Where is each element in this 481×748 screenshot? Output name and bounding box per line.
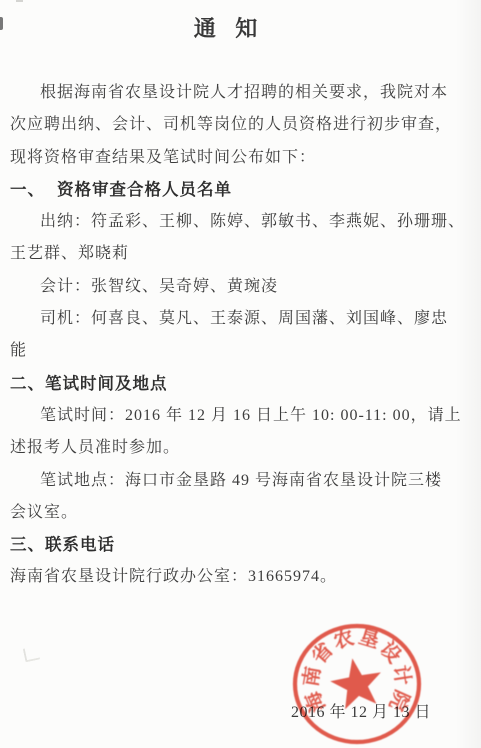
contact-phone-line: 海南省农垦设计院行政办公室：31665974。: [10, 561, 467, 593]
scan-artifact: [16, 0, 23, 2]
accountant-name-list: 会计：张智纹、吴奇婷、黄琬凌: [10, 271, 467, 303]
exam-place-line: 笔试地点：海口市金垦路 49 号海南省农垦设计院三楼: [10, 465, 467, 497]
cashier-name-list: 出纳：符孟彩、王柳、陈婷、郭敏书、李燕妮、孙珊珊、: [10, 206, 467, 238]
exam-time-line: 述报考人员准时参加。: [10, 432, 467, 464]
exam-place-line: 会议室。: [10, 497, 467, 529]
section-1-number: 一、: [10, 180, 45, 199]
section-3-number: 三、: [10, 535, 45, 554]
section-2-heading: 二、笔试时间及地点: [10, 368, 467, 400]
notice-document-page: 通 知 根据海南省农垦设计院人才招聘的相关要求，我院对本 次应聘出纳、会计、司机…: [0, 0, 481, 748]
section-1-heading-text: 资格审查合格人员名单: [57, 180, 232, 199]
intro-line: 现将资格审查结果及笔试时间公布如下：: [10, 142, 467, 174]
section-3-heading: 三、联系电话: [10, 529, 467, 561]
exam-time-line: 笔试时间：2016 年 12 月 16 日上午 10: 00-11: 00，请上: [10, 400, 467, 432]
section-2-number: 二、: [10, 374, 45, 393]
cashier-name-list: 王艺群、郑晓莉: [10, 238, 467, 270]
document-body: 根据海南省农垦设计院人才招聘的相关要求，我院对本 次应聘出纳、会计、司机等岗位的…: [10, 77, 467, 594]
driver-name-list: 能: [10, 335, 467, 367]
page-title: 通 知: [0, 12, 467, 43]
seal-star-icon: [327, 654, 386, 711]
official-seal: 海南省农垦设计院: [289, 621, 425, 748]
section-3-heading-text: 联系电话: [45, 535, 115, 554]
driver-name-list: 司机：何喜良、莫凡、王泰源、周国藩、刘国峰、廖忠: [10, 303, 467, 335]
intro-line: 次应聘出纳、会计、司机等岗位的人员资格进行初步审查，: [10, 109, 467, 141]
section-1-heading: 一、资格审查合格人员名单: [10, 174, 467, 206]
scan-smudge: [23, 646, 41, 663]
section-2-heading-text: 笔试时间及地点: [45, 374, 168, 393]
intro-line: 根据海南省农垦设计院人才招聘的相关要求，我院对本: [10, 77, 467, 109]
